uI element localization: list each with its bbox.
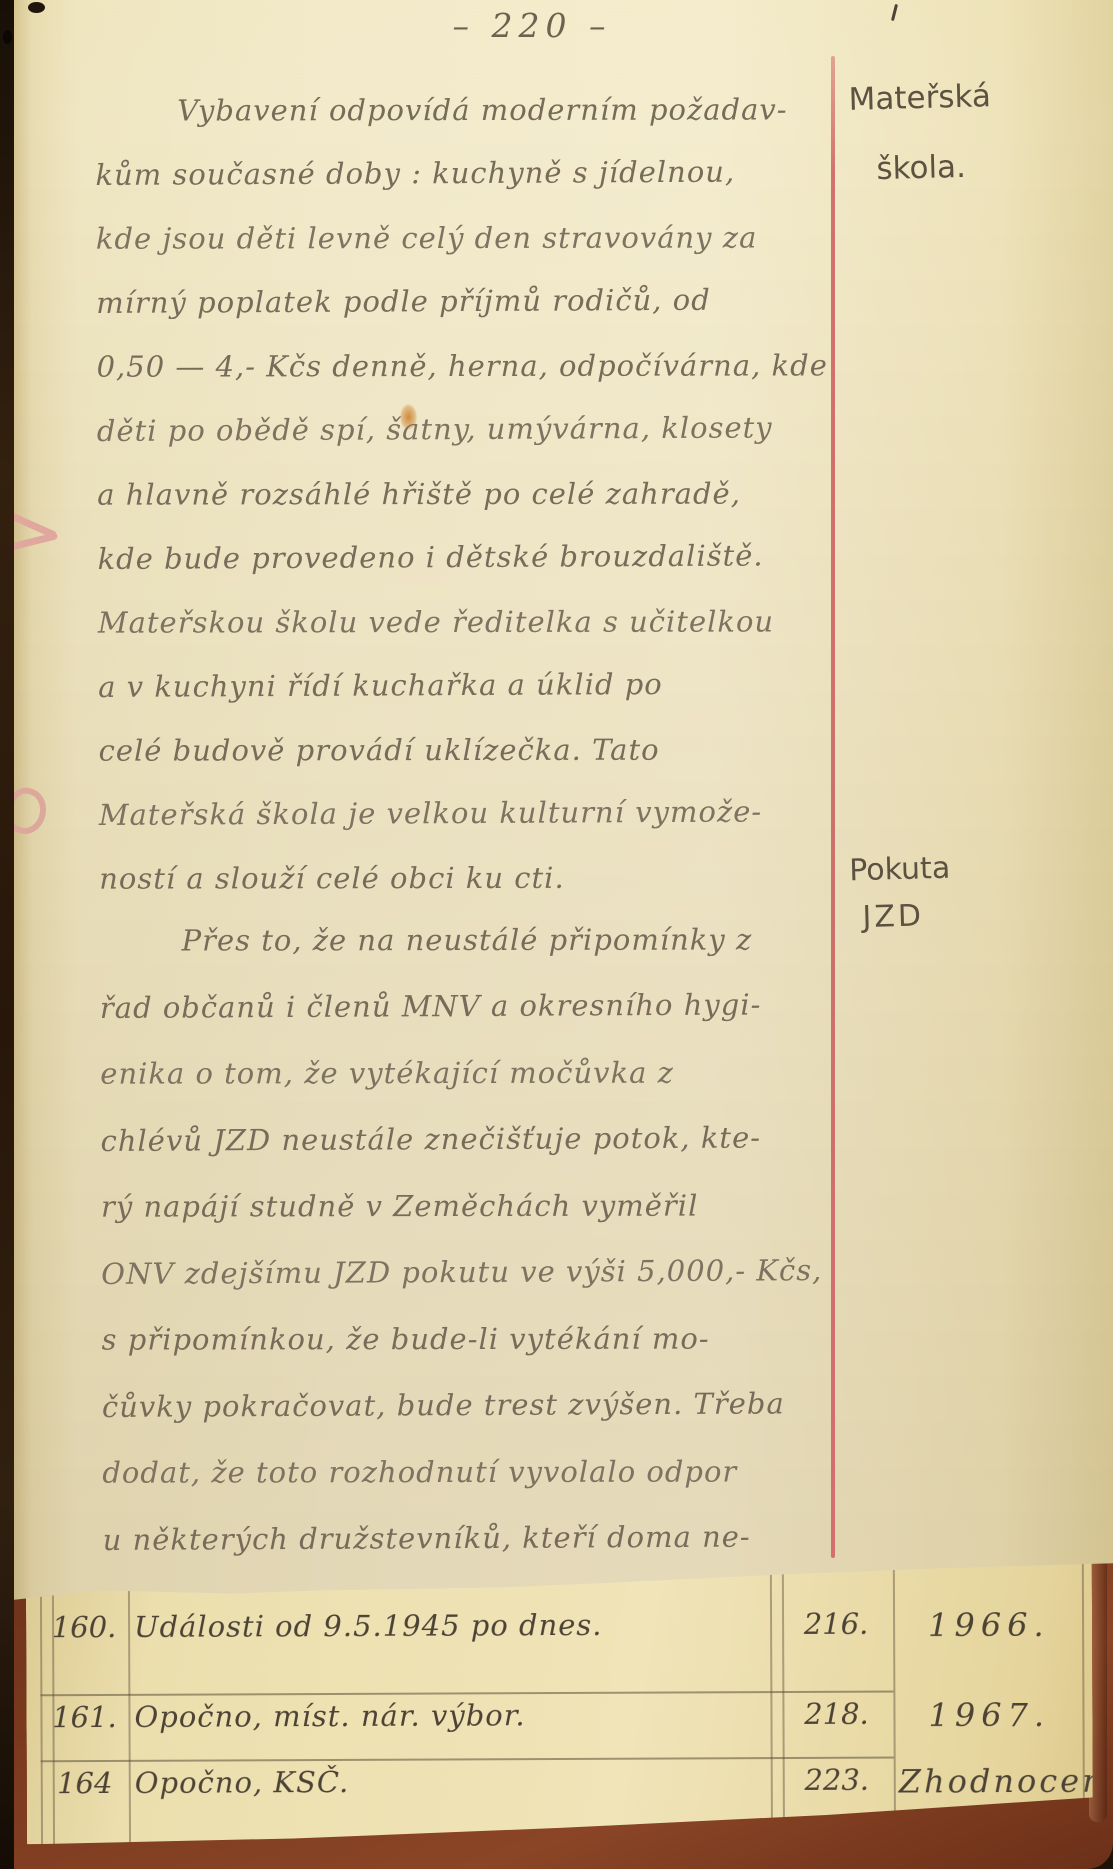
row-title-cell: Události od 9.5.1945 po dnes. (134, 1608, 603, 1644)
handwriting-line: mírný poplatek podle příjmů rodičů, od (96, 282, 844, 350)
pen-tick (891, 4, 898, 21)
handwriting-line: a v kuchyni řídí kuchařka a úklid po (98, 666, 846, 734)
binding-thread (8, 508, 64, 560)
row-title-cell: Opočno, KSČ. (135, 1765, 350, 1800)
row-number-cell: 161. (42, 1700, 126, 1734)
row-number-cell: 160. (42, 1610, 126, 1644)
index-row: 160.Události od 9.5.1945 po dnes.216.196… (26, 1606, 1092, 1673)
page-number: – 220 – (412, 6, 652, 45)
handwriting-line: kům současné doby : kuchyně s jídelnou, (95, 154, 843, 222)
paper-speck (3, 30, 12, 44)
row-note-cell: 1967. (898, 1696, 1050, 1735)
book-spine-edge (0, 0, 14, 1869)
handwriting-line: kde bude provedeno i dětské brouzdaliště… (97, 538, 845, 606)
row-title-cell: Opočno, míst. nár. výbor. (134, 1698, 525, 1734)
handwriting-line: chlévů JZD neustále znečišťuje potok, kt… (100, 1120, 848, 1190)
handwriting-line: enika o tom, že vytékající močůvka z (100, 1055, 848, 1123)
margin-note: PokutaJZD (849, 851, 952, 948)
margin-note-line: škola. (850, 148, 994, 222)
handwriting-block: Vybavení odpovídá moderním požadav-kům s… (95, 76, 843, 80)
margin-note-line: Mateřská (848, 78, 992, 152)
handwriting-line: řad občanů i členů MNV a okresního hygi- (100, 987, 848, 1057)
handwriting-line: rý napájí studně v Zeměchách vyměřil (101, 1188, 849, 1256)
margin-note-line: Pokuta (849, 851, 951, 901)
margin-note: Mateřskáškola. (848, 78, 994, 222)
paragraph: Vybavení odpovídá moderním požadav-kům s… (95, 90, 847, 926)
scanned-page: 160.Události od 9.5.1945 po dnes.216.196… (0, 0, 1113, 1869)
handwriting-line: ností a slouží celé obci ku cti. (99, 860, 847, 925)
handwriting-line: 0,50 — 4,- Kčs denně, herna, odpočívárna… (97, 348, 845, 413)
paragraph: Přes to, že na neustálé připomínky zřad … (99, 920, 850, 1589)
row-note-cell: Zhodnocení práce. (899, 1761, 1113, 1801)
handwriting-line: děti po obědě spí, šatny, umývárna, klos… (97, 410, 845, 478)
row-page-cell: 223. (785, 1763, 889, 1797)
handwriting-line: ONV zdejšímu JZD pokutu ve výši 5,000,- … (101, 1253, 849, 1323)
handwriting-line: čůvky pokračovat, bude trest zvýšen. Tře… (102, 1386, 850, 1456)
handwriting-line: s připomínkou, že bude-li vytékání mo- (102, 1321, 850, 1389)
table-rule-horizontal (40, 1691, 893, 1697)
paper-speck (28, 2, 45, 13)
row-page-cell: 216. (784, 1607, 888, 1641)
handwriting-line: Mateřská škola je velkou kulturní vymože… (99, 794, 847, 862)
index-row: 161.Opočno, míst. nár. výbor.218.1967. (26, 1696, 1092, 1763)
handwriting-line: Mateřskou školu vede ředitelka s učitelk… (98, 604, 846, 669)
handwriting-line: Přes to, že na neustálé připomínky z (100, 922, 848, 990)
handwriting-line: celé budově provádí uklízečka. Tato (99, 732, 847, 797)
handwriting-line: Vybavení odpovídá moderním požadav- (95, 92, 843, 157)
handwriting-line: kde jsou děti levně celý den stravovány … (96, 220, 844, 285)
row-number-cell: 164 (43, 1766, 127, 1800)
row-note-cell: 1966. (898, 1606, 1050, 1645)
handwriting-line: a hlavně rozsáhlé hřiště po celé zahradě… (97, 476, 845, 541)
chronicle-page: – 220 – Vybavení odpovídá moderním požad… (12, 0, 1113, 1600)
margin-note-line: JZD (850, 898, 952, 948)
handwriting-line: dodat, že toto rozhodnutí vyvolalo odpor (102, 1454, 850, 1522)
row-page-cell: 218. (784, 1697, 888, 1731)
